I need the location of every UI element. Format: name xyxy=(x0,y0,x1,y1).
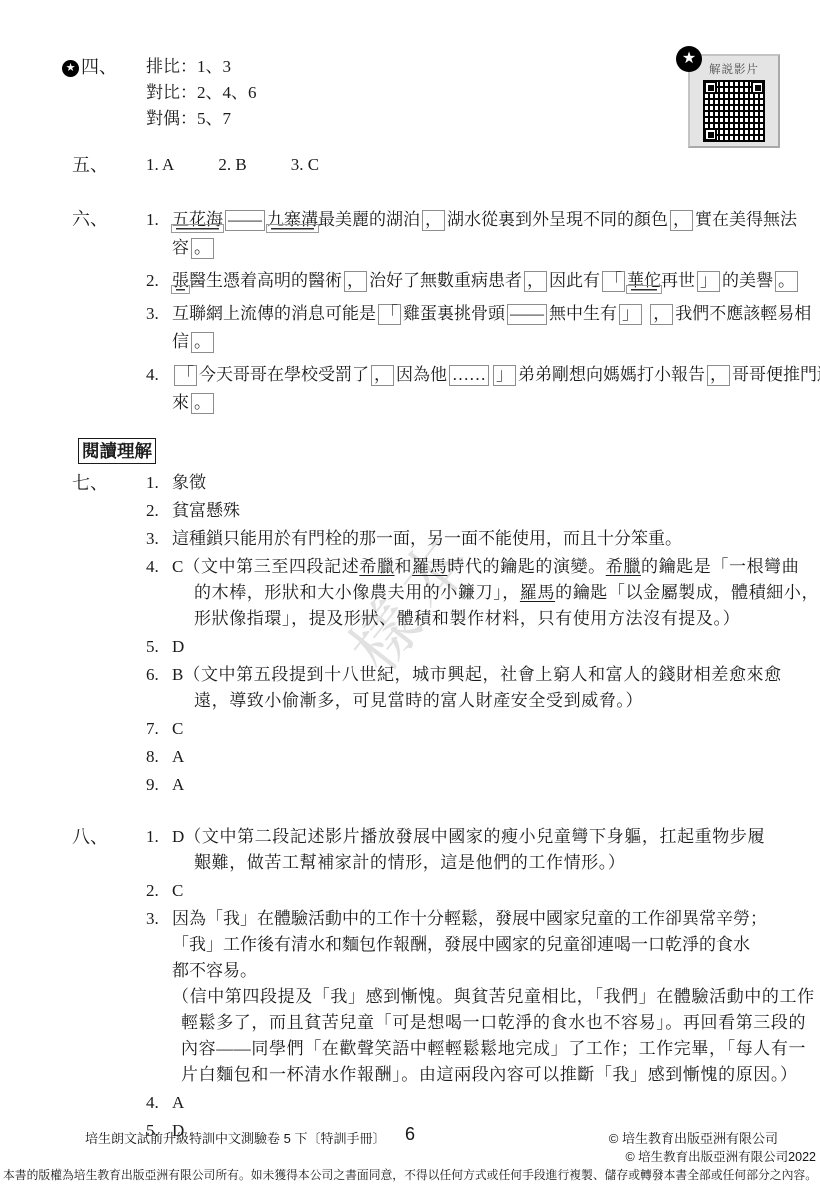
explanation-line: 形狀像指環」，提及形狀、體積和製作材料，只有使用方法沒有提及。） xyxy=(172,606,795,632)
list-item: 3. 互聯網上流傳的消息可能是「雞蛋裏挑骨頭——無中生有」 ，我們不應該輕易相 … xyxy=(146,300,795,356)
item-number: 1. xyxy=(146,824,172,876)
publisher-copyright-year: © 培生教育出版亞洲有限公司2022 xyxy=(626,1147,817,1165)
answer-line: C xyxy=(172,716,795,742)
section-eight-marker: 八、 xyxy=(62,824,146,1146)
list-item: 8. A xyxy=(146,744,795,770)
item-number: 6. xyxy=(146,662,172,714)
rhetoric-row-duiou: 對偶：5、7 xyxy=(146,106,795,132)
answer-line: C（文中第三至四段記述希臘和羅馬時代的鑰匙的演變。希臘的鑰匙是「一根彎曲 xyxy=(172,554,795,580)
list-item: 4. 「今天哥哥在學校受罰了，因為他……」弟弟剛想向媽媽打小報告，哥哥便推門進 … xyxy=(146,361,795,417)
answer-line: 都不容易。 xyxy=(172,958,795,984)
answer-line: A xyxy=(172,744,795,770)
item-number: 2. xyxy=(146,878,172,904)
section-five: 五、 1. A 2. B 3. C xyxy=(62,152,795,178)
mc-answer-row: 1. A 2. B 3. C xyxy=(146,152,795,178)
publisher-copyright: © 培生教育出版亞洲有限公司 xyxy=(609,1128,778,1147)
answer-2: 2. B xyxy=(218,152,246,178)
item-text: 互聯網上流傳的消息可能是「雞蛋裏挑骨頭——無中生有」 ，我們不應該輕易相 信。 xyxy=(172,300,795,356)
list-item: 3. 因為「我」在體驗活動中的工作十分輕鬆，發展中國家兒童的工作卻異常辛勞； 「… xyxy=(146,906,795,1088)
item-number: 1. xyxy=(146,206,172,262)
item-number: 8. xyxy=(146,744,172,770)
item-number: 2. xyxy=(146,267,172,295)
list-item: 2. 貧富懸殊 xyxy=(146,498,795,524)
section-five-marker: 五、 xyxy=(62,152,146,178)
section-eight: 八、 1. D（文中第二段記述影片播放發展中國家的瘦小兒童彎下身軀，扛起重物步履… xyxy=(62,824,795,1146)
list-item: 9. A xyxy=(146,772,795,798)
item-text: 「今天哥哥在學校受罰了，因為他……」弟弟剛想向媽媽打小報告，哥哥便推門進 來。 xyxy=(172,361,795,417)
section-four-body: 排比：1、3 對比：2、4、6 對偶：5、7 xyxy=(146,54,795,132)
reading-comprehension-heading: 閱讀理解 xyxy=(78,438,156,464)
item-number: 4. xyxy=(146,554,172,632)
sentence-line: 來。 xyxy=(172,389,795,417)
explanation-line: 片白麵包和一杯清水作報酬」。由這兩段內容可以推斷「我」感到慚愧的原因。） xyxy=(172,1062,795,1088)
answer-line: D（文中第二段記述影片播放發展中國家的瘦小兒童彎下身軀，扛起重物步履 xyxy=(172,824,795,850)
answer-line: 貧富懸殊 xyxy=(172,498,795,524)
list-item: 7. C xyxy=(146,716,795,742)
answer-line: A xyxy=(172,1090,795,1116)
list-item: 1. 五花海——九寨溝最美麗的湖泊，湖水從裏到外呈現不同的顏色，實在美得無法 容… xyxy=(146,206,795,262)
item-number: 7. xyxy=(146,716,172,742)
explanation-line: 輕鬆多了，而且貧苦兒童「可是想喝一口乾淨的食水也不容易」。再回看第三段的 xyxy=(172,1010,795,1036)
item-text: 五花海——九寨溝最美麗的湖泊，湖水從裏到外呈現不同的顏色，實在美得無法 容。 xyxy=(172,206,795,262)
list-item: 5. D xyxy=(146,634,795,660)
answer-line: 因為「我」在體驗活動中的工作十分輕鬆，發展中國家兒童的工作卻異常辛勞； xyxy=(172,906,795,932)
section-seven-marker: 七、 xyxy=(62,470,146,800)
section-six-marker: 六、 xyxy=(62,206,146,422)
section-four: ★四、 排比：1、3 對比：2、4、6 對偶：5、7 xyxy=(62,54,795,132)
star-icon: ★ xyxy=(62,60,79,77)
section-seven: 七、 1. 象徵 2. 貧富懸殊 3. 這種鎖只能用於有門栓的那一面，另一面不能… xyxy=(62,470,795,800)
page-content: ★四、 排比：1、3 對比：2、4、6 對偶：5、7 五、 1. A 2. B … xyxy=(62,54,795,1146)
section-eight-body: 1. D（文中第二段記述影片播放發展中國家的瘦小兒童彎下身軀，扛起重物步履 艱難… xyxy=(146,824,795,1146)
list-item: 4. C（文中第三至四段記述希臘和羅馬時代的鑰匙的演變。希臘的鑰匙是「一根彎曲 … xyxy=(146,554,795,632)
section-six: 六、 1. 五花海——九寨溝最美麗的湖泊，湖水從裏到外呈現不同的顏色，實在美得無… xyxy=(62,206,795,422)
list-item: 1. 象徵 xyxy=(146,470,795,496)
answer-line: 「我」工作後有清水和麵包作報酬，發展中國家的兒童卻連喝一口乾淨的食水 xyxy=(172,932,795,958)
section-seven-body: 1. 象徵 2. 貧富懸殊 3. 這種鎖只能用於有門栓的那一面，另一面不能使用，… xyxy=(146,470,795,800)
list-item: 1. D（文中第二段記述影片播放發展中國家的瘦小兒童彎下身軀，扛起重物步履 艱難… xyxy=(146,824,795,876)
answer-key-page: ★ 解説影片 樣本 ★四、 排比：1、3 對比：2、4、6 對偶：5、7 五、 … xyxy=(0,0,820,1200)
item-number: 5. xyxy=(146,634,172,660)
list-item: 2. C xyxy=(146,878,795,904)
copyright-notice: 本書的版權為培生教育出版亞洲有限公司所有。如未獲得本公司之書面同意，不得以任何方… xyxy=(2,1166,818,1183)
item-number: 3. xyxy=(146,300,172,356)
answer-line: B（文中第五段提到十八世紀，城市興起，社會上窮人和富人的錢財相差愈來愈 xyxy=(172,662,795,688)
item-number: 3. xyxy=(146,906,172,1088)
answer-3: 3. C xyxy=(291,152,319,178)
sentence-line: 互聯網上流傳的消息可能是「雞蛋裏挑骨頭——無中生有」 ，我們不應該輕易相 xyxy=(172,300,795,328)
item-number: 3. xyxy=(146,526,172,552)
item-number: 4. xyxy=(146,361,172,417)
sentence-line: 張醫生憑着高明的醫術，治好了無數重病患者，因此有「華佗再世」的美譽。 xyxy=(172,267,795,295)
list-item: 6. B（文中第五段提到十八世紀，城市興起，社會上窮人和富人的錢財相差愈來愈 遠… xyxy=(146,662,795,714)
sentence-line: 五花海——九寨溝最美麗的湖泊，湖水從裏到外呈現不同的顏色，實在美得無法 xyxy=(172,206,795,234)
answer-1: 1. A xyxy=(146,152,174,178)
item-number: 2. xyxy=(146,498,172,524)
answer-line: A xyxy=(172,772,795,798)
section-four-marker: ★四、 xyxy=(62,54,146,132)
explanation-line: 艱難，做苦工幫補家計的情形，這是他們的工作情形。） xyxy=(172,850,795,876)
item-number: 1. xyxy=(146,470,172,496)
page-footer: 培生朗文試前升級特訓中文測驗卷 5 下〔特訓手冊〕 6 © 培生教育出版亞洲有限… xyxy=(0,1120,820,1200)
explanation-line: 的木棒，形狀和大小像農夫用的小鐮刀」，羅馬的鑰匙「以金屬製成，體積細小， xyxy=(172,580,795,606)
answer-line: 象徵 xyxy=(172,470,795,496)
item-text: B（文中第五段提到十八世紀，城市興起，社會上窮人和富人的錢財相差愈來愈 遠，導致… xyxy=(172,662,795,714)
item-number: 9. xyxy=(146,772,172,798)
item-text: 張醫生憑着高明的醫術，治好了無數重病患者，因此有「華佗再世」的美譽。 xyxy=(172,267,795,295)
item-text: D（文中第二段記述影片播放發展中國家的瘦小兒童彎下身軀，扛起重物步履 艱難，做苦… xyxy=(172,824,795,876)
section-six-body: 1. 五花海——九寨溝最美麗的湖泊，湖水從裏到外呈現不同的顏色，實在美得無法 容… xyxy=(146,206,795,422)
item-text: 因為「我」在體驗活動中的工作十分輕鬆，發展中國家兒童的工作卻異常辛勞； 「我」工… xyxy=(172,906,795,1088)
section-four-label: 四、 xyxy=(81,57,117,77)
list-item: 4. A xyxy=(146,1090,795,1116)
list-item: 3. 這種鎖只能用於有門栓的那一面，另一面不能使用，而且十分笨重。 xyxy=(146,526,795,552)
list-item: 2. 張醫生憑着高明的醫術，治好了無數重病患者，因此有「華佗再世」的美譽。 xyxy=(146,267,795,295)
sentence-line: 「今天哥哥在學校受罰了，因為他……」弟弟剛想向媽媽打小報告，哥哥便推門進 xyxy=(172,361,795,389)
explanation-line: （信中第四段提及「我」感到慚愧。與貧苦兒童相比，「我們」在體驗活動中的工作 xyxy=(172,984,795,1010)
section-five-body: 1. A 2. B 3. C xyxy=(146,152,795,178)
explanation-line: 遠，導致小偷漸多，可見當時的富人財產安全受到威脅。） xyxy=(172,688,795,714)
explanation-line: 內容——同學們「在歡聲笑語中輕輕鬆鬆地完成」了工作；工作完畢，「每人有一 xyxy=(172,1036,795,1062)
item-number: 4. xyxy=(146,1090,172,1116)
rhetoric-row-duibi: 對比：2、4、6 xyxy=(146,80,795,106)
item-text: C（文中第三至四段記述希臘和羅馬時代的鑰匙的演變。希臘的鑰匙是「一根彎曲 的木棒… xyxy=(172,554,795,632)
rhetoric-row-paibi: 排比：1、3 xyxy=(146,54,795,80)
answer-line: C xyxy=(172,878,795,904)
sentence-line: 容。 xyxy=(172,234,795,262)
answer-line: D xyxy=(172,634,795,660)
answer-line: 這種鎖只能用於有門栓的那一面，另一面不能使用，而且十分笨重。 xyxy=(172,526,795,552)
sentence-line: 信。 xyxy=(172,328,795,356)
